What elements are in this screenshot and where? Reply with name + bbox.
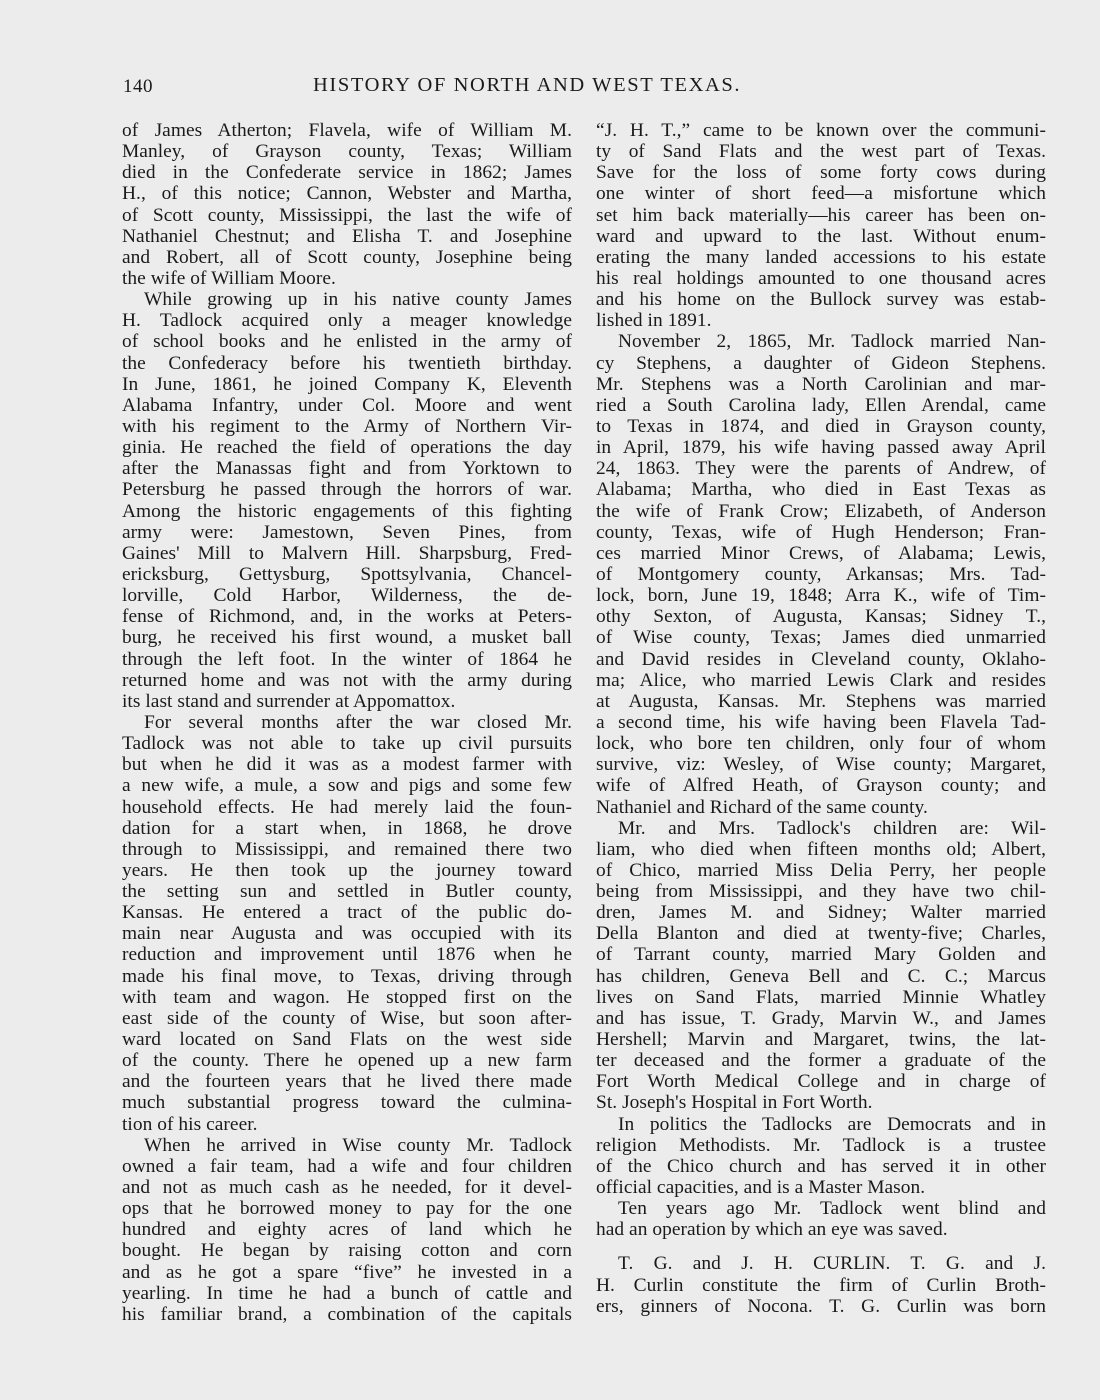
text-line: H. Tadlock acquired only a meager knowle… [122, 310, 572, 331]
text-line: lives on Sand Flats, married Minnie What… [596, 987, 1046, 1008]
text-line: ginia. He reached the field of operation… [122, 437, 572, 458]
text-line: his real holdings amounted to one thousa… [596, 268, 1046, 289]
text-line: had an operation by which an eye was sav… [596, 1219, 1046, 1240]
text-line: ter deceased and the former a graduate o… [596, 1050, 1046, 1071]
text-line: through to Mississippi, and remained the… [122, 839, 572, 860]
text-line: through the left foot. In the winter of … [122, 649, 572, 670]
text-line: reduction and improvement until 1876 whe… [122, 944, 572, 965]
text-line: lished in 1891. [596, 310, 1046, 331]
text-line: of the Chico church and has served it in… [596, 1156, 1046, 1177]
text-line: yearling. In time he had a bunch of catt… [122, 1283, 572, 1304]
text-line: Hershell; Marvin and Margaret, twins, th… [596, 1029, 1046, 1050]
text-line: owned a fair team, had a wife and four c… [122, 1156, 572, 1177]
left-column: of James Atherton; Flavela, wife of Will… [122, 120, 572, 1325]
paragraph-first-line: When he arrived in Wise county Mr. Tadlo… [122, 1135, 572, 1156]
text-line: Alabama Infantry, under Col. Moore and w… [122, 395, 572, 416]
text-line: years. He then took up the journey towar… [122, 860, 572, 881]
text-line: dren, James M. and Sidney; Walter marrie… [596, 902, 1046, 923]
text-line: Nathaniel and Richard of the same county… [596, 797, 1046, 818]
text-line: died in the Confederate service in 1862;… [122, 162, 572, 183]
text-line: of the county. There he opened up a new … [122, 1050, 572, 1071]
text-line: after the Manassas fight and from Yorkto… [122, 458, 572, 479]
text-line: Nathaniel Chestnut; and Elisha T. and Jo… [122, 226, 572, 247]
text-line: survive, viz: Wesley, of Wise county; Ma… [596, 754, 1046, 775]
text-line: of Chico, married Miss Delia Perry, her … [596, 860, 1046, 881]
right-column: “J. H. T.,” came to be known over the co… [596, 120, 1046, 1317]
text-line: to Texas in 1874, and died in Grayson co… [596, 416, 1046, 437]
text-line: of Wise county, Texas; James died unmarr… [596, 627, 1046, 648]
text-line: lorville, Cold Harbor, Wilderness, the d… [122, 585, 572, 606]
text-line: 24, 1863. They were the parents of Andre… [596, 458, 1046, 479]
text-line: and the fourteen years that he lived the… [122, 1071, 572, 1092]
text-line: wife of Alfred Heath, of Grayson county;… [596, 775, 1046, 796]
text-line: the setting sun and settled in Butler co… [122, 881, 572, 902]
text-line: at Augusta, Kansas. Mr. Stephens was mar… [596, 691, 1046, 712]
text-line: being from Mississippi, and they have tw… [596, 881, 1046, 902]
text-line: ops that he borrowed money to pay for th… [122, 1198, 572, 1219]
text-line: othy Sexton, of Augusta, Kansas; Sidney … [596, 606, 1046, 627]
text-line: Save for the loss of some forty cows dur… [596, 162, 1046, 183]
text-line: tion of his career. [122, 1114, 572, 1135]
text-line: the wife of William Moore. [122, 268, 572, 289]
text-line: Alabama; Martha, who died in East Texas … [596, 479, 1046, 500]
text-line: set him back materially—his career has b… [596, 205, 1046, 226]
text-line: and has issue, T. Grady, Marvin W., and … [596, 1008, 1046, 1029]
text-line: H., of this notice; Cannon, Webster and … [122, 183, 572, 204]
text-line: Manley, of Grayson county, Texas; Willia… [122, 141, 572, 162]
text-line: bought. He began by raising cotton and c… [122, 1240, 572, 1261]
text-line: and not as much cash as he needed, for i… [122, 1177, 572, 1198]
text-line: Mr. Stephens was a North Carolinian and … [596, 374, 1046, 395]
text-line: returned home and was not with the army … [122, 670, 572, 691]
text-line: and Robert, all of Scott county, Josephi… [122, 247, 572, 268]
text-line: in April, 1879, his wife having passed a… [596, 437, 1046, 458]
paragraph-first-line: Ten years ago Mr. Tadlock went blind and [596, 1198, 1046, 1219]
text-line: hundred and eighty acres of land which h… [122, 1219, 572, 1240]
text-line: In June, 1861, he joined Company K, Elev… [122, 374, 572, 395]
text-line: east side of the county of Wise, but soo… [122, 1008, 572, 1029]
text-line: of James Atherton; Flavela, wife of Will… [122, 120, 572, 141]
text-line: liam, who died when fifteen months old; … [596, 839, 1046, 860]
text-line: Della Blanton and died at twenty-five; C… [596, 923, 1046, 944]
text-line: ma; Alice, who married Lewis Clark and r… [596, 670, 1046, 691]
text-line: fense of Richmond, and, in the works at … [122, 606, 572, 627]
text-line: and as he got a spare “five” he invested… [122, 1262, 572, 1283]
text-line: but when he did it was as a modest farme… [122, 754, 572, 775]
text-line: ty of Sand Flats and the west part of Te… [596, 141, 1046, 162]
text-line: with team and wagon. He stopped first on… [122, 987, 572, 1008]
text-line: and his home on the Bullock survey was e… [596, 289, 1046, 310]
text-line: a second time, his wife having been Flav… [596, 712, 1046, 733]
text-line: H. Curlin constitute the firm of Curlin … [596, 1275, 1046, 1296]
paragraph-first-line: Mr. and Mrs. Tadlock's children are: Wil… [596, 818, 1046, 839]
text-line: the Confederacy before his twentieth bir… [122, 353, 572, 374]
paragraph-first-line: In politics the Tadlocks are Democrats a… [596, 1114, 1046, 1135]
text-line: of school books and he enlisted in the a… [122, 331, 572, 352]
text-line: county, Texas, wife of Hugh Henderson; F… [596, 522, 1046, 543]
text-line: cy Stephens, a daughter of Gideon Stephe… [596, 353, 1046, 374]
text-line: lock, who bore ten children, only four o… [596, 733, 1046, 754]
text-line: Among the historic engagements of this f… [122, 501, 572, 522]
page-number: 140 [123, 76, 153, 98]
text-line: erating the many landed accessions to hi… [596, 247, 1046, 268]
text-line: St. Joseph's Hospital in Fort Worth. [596, 1092, 1046, 1113]
text-line: with his regiment to the Army of Norther… [122, 416, 572, 437]
text-line: burg, he received his first wound, a mus… [122, 627, 572, 648]
text-line: household effects. He had merely laid th… [122, 797, 572, 818]
text-line: Fort Worth Medical College and in charge… [596, 1071, 1046, 1092]
text-line: Gaines' Mill to Malvern Hill. Sharpsburg… [122, 543, 572, 564]
paragraph-first-line: November 2, 1865, Mr. Tadlock married Na… [596, 331, 1046, 352]
text-line: Kansas. He entered a tract of the public… [122, 902, 572, 923]
text-line: official capacities, and is a Master Mas… [596, 1177, 1046, 1198]
text-line: ward and upward to the last. Without enu… [596, 226, 1046, 247]
text-line: dation for a start when, in 1868, he dro… [122, 818, 572, 839]
text-line: ers, ginners of Nocona. T. G. Curlin was… [596, 1296, 1046, 1317]
paragraph-first-line: T. G. and J. H. CURLIN. T. G. and J. [596, 1253, 1046, 1274]
text-line: ces married Minor Crews, of Alabama; Lew… [596, 543, 1046, 564]
text-line: its last stand and surrender at Appomatt… [122, 691, 572, 712]
text-line: “J. H. T.,” came to be known over the co… [596, 120, 1046, 141]
paragraph-first-line: While growing up in his native county Ja… [122, 289, 572, 310]
text-line: ericksburg, Gettysburg, Spottsylvania, C… [122, 564, 572, 585]
text-line: made his final move, to Texas, driving t… [122, 966, 572, 987]
text-line: army were: Jamestown, Seven Pines, from [122, 522, 572, 543]
text-line: of Scott county, Mississippi, the last t… [122, 205, 572, 226]
text-line: Petersburg he passed through the horrors… [122, 479, 572, 500]
text-line: a new wife, a mule, a sow and pigs and s… [122, 775, 572, 796]
text-line: of Tarrant county, married Mary Golden a… [596, 944, 1046, 965]
text-line: the wife of Frank Crow; Elizabeth, of An… [596, 501, 1046, 522]
text-line: ried a South Carolina lady, Ellen Arenda… [596, 395, 1046, 416]
text-line: his familiar brand, a combination of the… [122, 1304, 572, 1325]
running-title: HISTORY OF NORTH AND WEST TEXAS. [313, 74, 741, 97]
text-line: religion Methodists. Mr. Tadlock is a tr… [596, 1135, 1046, 1156]
text-line: one winter of short feed—a misfortune wh… [596, 183, 1046, 204]
text-line: has children, Geneva Bell and C. C.; Mar… [596, 966, 1046, 987]
text-line: much substantial progress toward the cul… [122, 1092, 572, 1113]
text-line: Tadlock was not able to take up civil pu… [122, 733, 572, 754]
text-line: lock, born, June 19, 1848; Arra K., wife… [596, 585, 1046, 606]
text-line: main near Augusta and was occupied with … [122, 923, 572, 944]
paragraph-first-line: For several months after the war closed … [122, 712, 572, 733]
text-line: of Montgomery county, Arkansas; Mrs. Tad… [596, 564, 1046, 585]
text-line: ward located on Sand Flats on the west s… [122, 1029, 572, 1050]
text-line: and David resides in Cleveland county, O… [596, 649, 1046, 670]
